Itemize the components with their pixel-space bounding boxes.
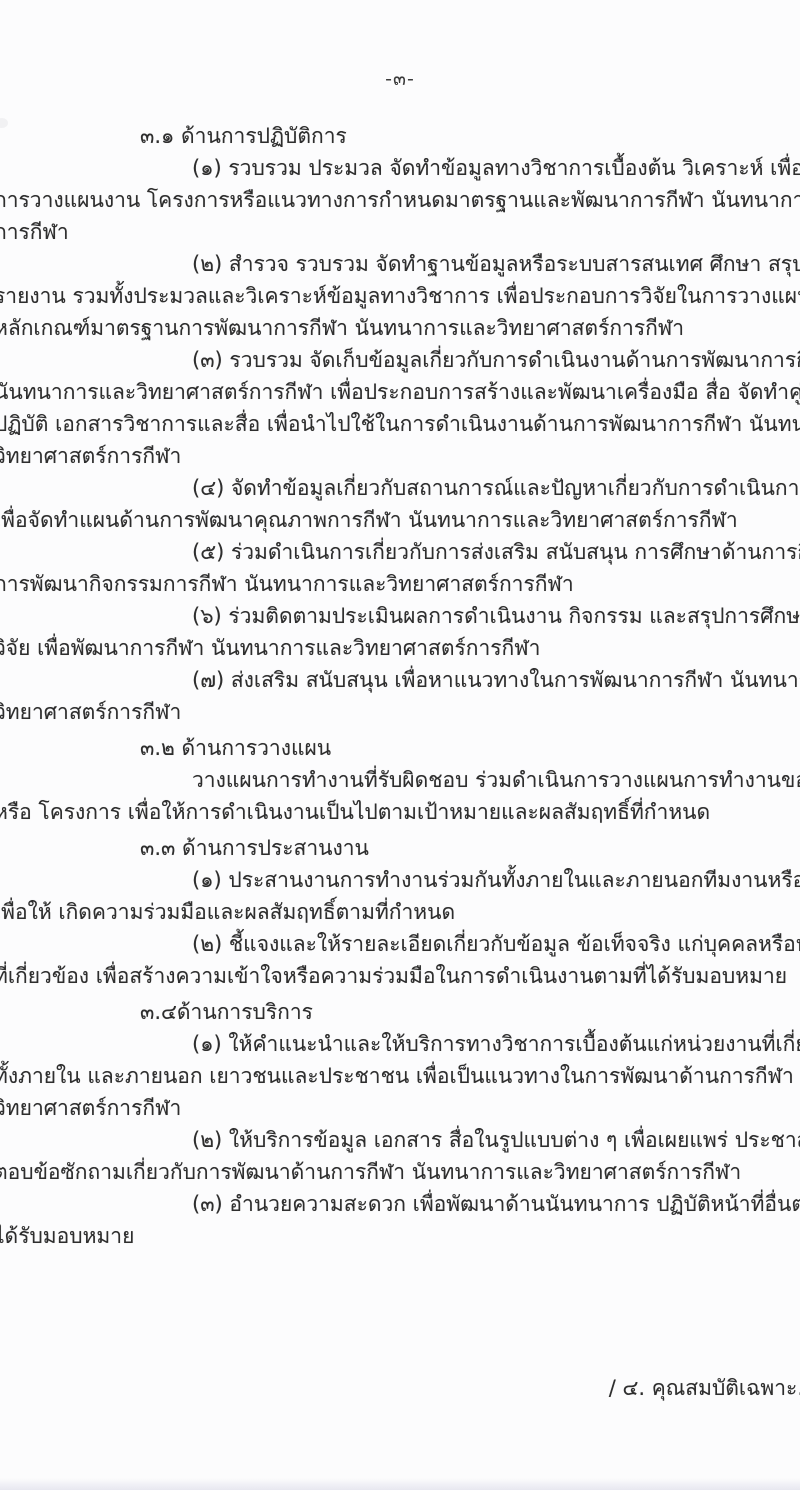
document-line: นันทนาการและวิทยาศาสตร์การกีฬา เพื่อประก… (0, 376, 800, 408)
document-line: (๔) จัดทำข้อมูลเกี่ยวกับสถานการณ์และปัญห… (0, 472, 800, 504)
document-line: เพื่อจัดทำแผนด้านการพัฒนาคุณภาพการกีฬา น… (0, 504, 800, 536)
document-line: (๒) ชี้แจงและให้รายละเอียดเกี่ยวกับข้อมู… (0, 928, 800, 960)
document-line: (๖) ร่วมติดตามประเมินผลการดำเนินงาน กิจก… (0, 600, 800, 632)
document-line: (๑) รวบรวม ประมวล จัดทำข้อมูลทางวิชาการเ… (0, 152, 800, 184)
document-line: การวางแผนงาน โครงการหรือแนวทางการกำหนดมา… (0, 184, 800, 216)
section-heading-3-2: ๓.๒ ด้านการวางแผน (0, 732, 800, 764)
document-line: ได้รับมอบหมาย (0, 1220, 800, 1252)
document-line: ตอบข้อซักถามเกี่ยวกับการพัฒนาด้านการกีฬา… (0, 1156, 800, 1188)
document-line: การพัฒนากิจกรรมการกีฬา นันทนาการและวิทยา… (0, 568, 800, 600)
document-line: (๕) ร่วมดำเนินการเกี่ยวกับการส่งเสริม สน… (0, 536, 800, 568)
document-line: เพื่อให้ เกิดความร่วมมือและผลสัมฤทธิ์ตาม… (0, 896, 800, 928)
document-line: (๒) ให้บริการข้อมูล เอกสาร สื่อในรูปแบบต… (0, 1124, 800, 1156)
document-line: วิจัย เพื่อพัฒนาการกีฬา นันทนาการและวิทย… (0, 632, 800, 664)
document-line: ที่เกี่ยวข้อง เพื่อสร้างความเข้าใจหรือคว… (0, 960, 800, 992)
scanned-document-page: -๓- ๓.๑ ด้านการปฏิบัติการ (๑) รวบรวม ประ… (0, 0, 800, 1490)
section-heading-3-4: ๓.๔ด้านการบริการ (0, 996, 800, 1028)
document-line: รายงาน รวมทั้งประมวลและวิเคราะห์ข้อมูลทา… (0, 280, 800, 312)
scan-bottom-edge (0, 1478, 800, 1490)
document-line: วิทยาศาสตร์การกีฬา (0, 696, 800, 728)
page-number: -๓- (0, 64, 800, 94)
document-line: (๒) สำรวจ รวบรวม จัดทำฐานข้อมูลหรือระบบส… (0, 248, 800, 280)
document-line: (๑) ให้คำแนะนำและให้บริการทางวิชาการเบื้… (0, 1028, 800, 1060)
document-line: วิทยาศาสตร์การกีฬา (0, 1092, 800, 1124)
document-line: หลักเกณฑ์มาตรฐานการพัฒนาการกีฬา นันทนากา… (0, 312, 800, 344)
document-line: วิทยาศาสตร์การกีฬา (0, 440, 800, 472)
section-heading-3-1: ๓.๑ ด้านการปฏิบัติการ (0, 120, 800, 152)
document-body: ๓.๑ ด้านการปฏิบัติการ (๑) รวบรวม ประมวล … (0, 120, 800, 1252)
document-line: (๓) รวบรวม จัดเก็บข้อมูลเกี่ยวกับการดำเน… (0, 344, 800, 376)
document-line: (๗) ส่งเสริม สนับสนุน เพื่อหาแนวทางในการ… (0, 664, 800, 696)
document-line: การกีฬา (0, 216, 800, 248)
document-line: ปฏิบัติ เอกสารวิชาการและสื่อ เพื่อนำไปใช… (0, 408, 800, 440)
footer-continuation-note: / ๔. คุณสมบัติเฉพาะ. (609, 1372, 800, 1405)
document-line: ทั้งภายใน และภายนอก เยาวชนและประชาชน เพื… (0, 1060, 800, 1092)
document-line: หรือ โครงการ เพื่อให้การดำเนินงานเป็นไปต… (0, 796, 800, 828)
document-line: วางแผนการทำงานที่รับผิดชอบ ร่วมดำเนินการ… (0, 764, 800, 796)
document-line: (๑) ประสานงานการทำงานร่วมกันทั้งภายในและ… (0, 864, 800, 896)
section-heading-3-3: ๓.๓ ด้านการประสานงาน (0, 832, 800, 864)
document-line: (๓) อำนวยความสะดวก เพื่อพัฒนาด้านนันทนาก… (0, 1188, 800, 1220)
